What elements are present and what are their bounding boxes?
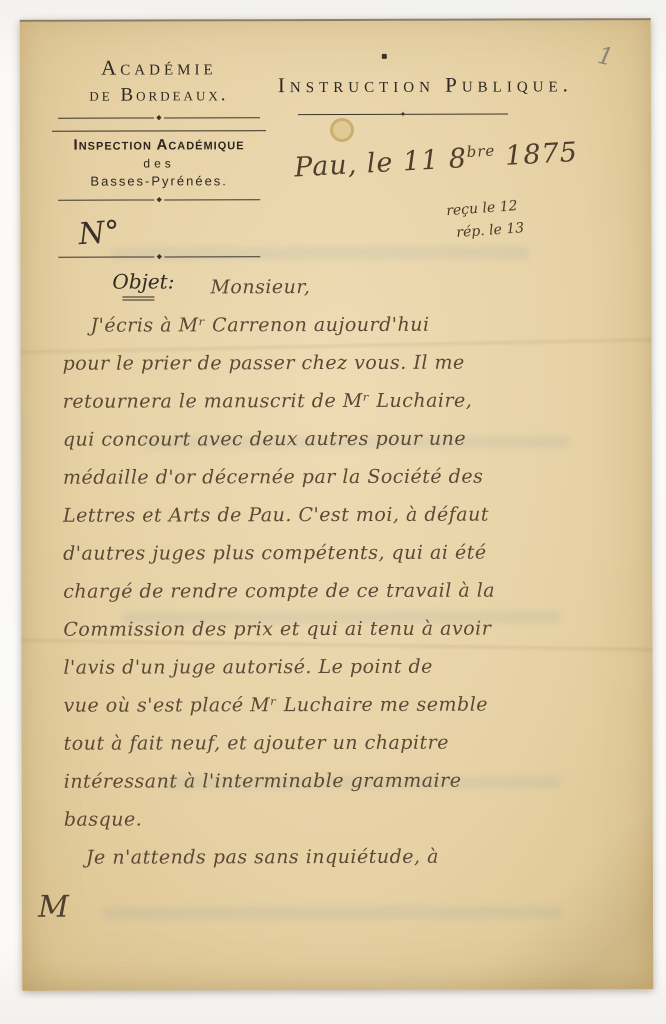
body-line: intéressant à l'interminable grammaire	[64, 761, 642, 801]
letterhead-right: Instruction Publique. ✦ Pau, le 11 8bre …	[278, 72, 588, 115]
body-line: J'écris à Mʳ Carrenon aujourd'hui	[90, 305, 640, 344]
ink-spot	[382, 54, 387, 59]
letterhead-rule	[52, 130, 266, 132]
letter-body: Monsieur, J'écris à Mʳ Carrenon aujourd'…	[62, 267, 642, 877]
numero-label: N°	[77, 204, 269, 253]
replied-note: rép. le 13	[456, 220, 525, 241]
diamond-ornament-icon: ◆	[154, 115, 163, 120]
academy-name-line2: de Bordeaux.	[50, 84, 268, 107]
received-note: reçu le 12	[446, 198, 518, 219]
ghost-showthrough	[102, 905, 562, 920]
body-line: l'avis d'un juge autorisé. Le point de	[63, 647, 641, 687]
body-line: d'autres juges plus compétents, qui ai é…	[63, 533, 641, 573]
date-month: 8	[448, 143, 468, 175]
rule-ornament-icon: ✦	[400, 110, 407, 119]
inspection-des: des	[50, 156, 268, 171]
body-line: médaille d'or décernée par la Société de…	[63, 457, 641, 497]
ornament-divider: ◆	[58, 197, 260, 203]
body-line: tout à fait neuf, et ajouter un chapitre	[64, 723, 642, 763]
inspection-department: Basses-Pyrénées.	[50, 173, 268, 189]
pencil-page-number: 1	[595, 41, 616, 72]
handwritten-dateline: Pau, le 11 8bre 1875	[293, 137, 578, 184]
inspection-title: Inspection Académique	[50, 136, 268, 154]
body-line: Je n'attends pas sans inquiétude, à	[86, 837, 642, 876]
body-line: pour le prier de passer chez vous. Il me	[63, 343, 641, 383]
paper-stain	[330, 118, 354, 142]
ornament-divider: ◆	[58, 254, 260, 260]
diamond-ornament-icon: ◆	[155, 254, 164, 259]
ornament-divider: ◆	[58, 115, 260, 121]
date-place: Pau, le 11	[293, 145, 440, 184]
header-rule: ✦	[298, 114, 508, 116]
body-line: retournera le manuscrit de Mʳ Luchaire,	[63, 381, 641, 421]
academy-name-line1: Académie	[50, 55, 268, 81]
date-month-suffix: bre	[466, 141, 496, 161]
catchword: M	[38, 890, 69, 925]
date-year: 1875	[504, 137, 578, 172]
body-line: Lettres et Arts de Pau. C'est moi, à déf…	[63, 495, 641, 535]
salutation: Monsieur,	[210, 267, 640, 306]
letter-page: 1 Académie de Bordeaux. ◆ Inspection Aca…	[20, 18, 654, 991]
body-line: chargé de rendre compte de ce travail à …	[63, 571, 641, 611]
letterhead-left: Académie de Bordeaux. ◆ Inspection Acadé…	[50, 55, 269, 301]
body-line: Commission des prix et qui ai tenu à avo…	[63, 609, 641, 649]
body-line: qui concourt avec deux autres pour une	[63, 419, 641, 459]
body-line: basque.	[64, 799, 642, 839]
scan-background: 1 Académie de Bordeaux. ◆ Inspection Aca…	[0, 0, 666, 1024]
body-line: vue où s'est placé Mʳ Luchaire me semble	[63, 685, 641, 725]
diamond-ornament-icon: ◆	[155, 197, 164, 202]
ministry-title: Instruction Publique.	[278, 72, 588, 98]
